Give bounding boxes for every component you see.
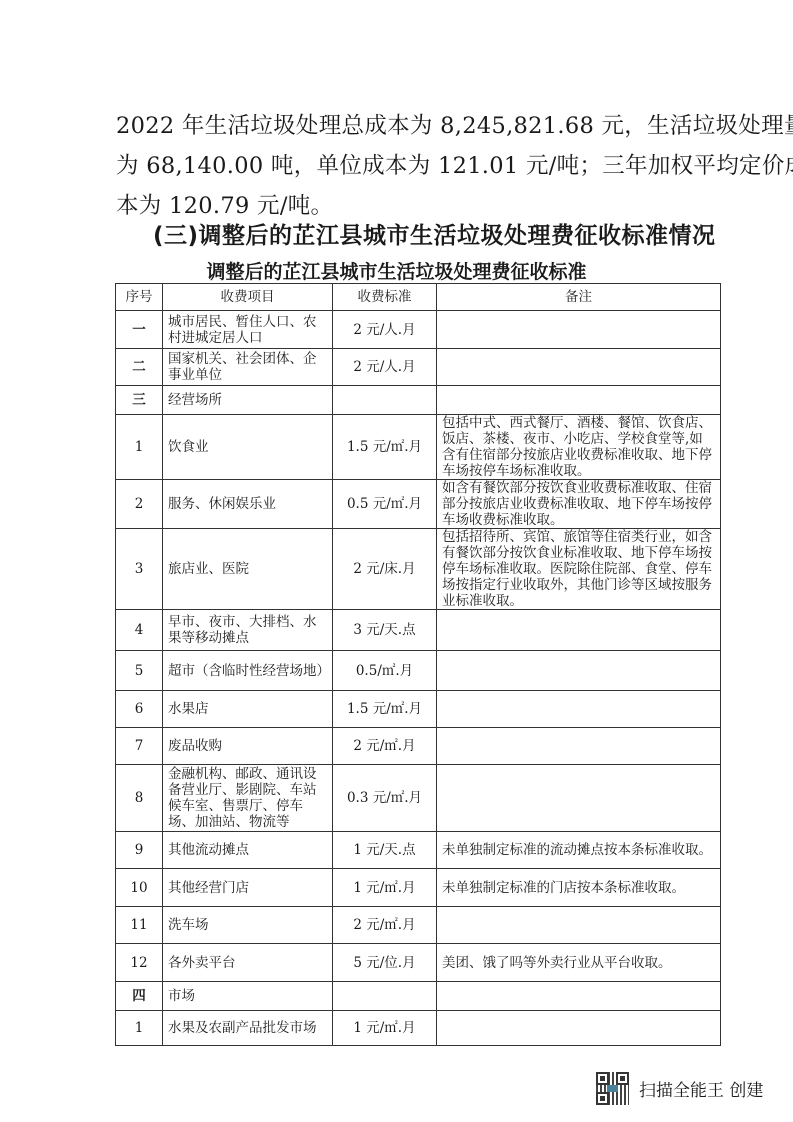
paragraph-line: 为 68,140.00 吨，单位成本为 121.01 元/吨；三年加权平均定价成 (116, 146, 726, 186)
table-row: 三经营场所 (116, 386, 721, 415)
row-number: 1 (116, 1011, 163, 1046)
fee-standard: 2 元/人.月 (333, 349, 437, 386)
header-item: 收费项目 (163, 284, 333, 311)
remark: 未单独制定标准的流动摊点按本条标准收取。 (437, 832, 721, 869)
remark: 包括中式、西式餐厅、酒楼、餐馆、饮食店、饭店、茶楼、夜市、小吃店、学校食堂等,如… (437, 415, 721, 480)
fee-standard: 1.5 元/㎡.月 (333, 415, 437, 480)
table-row: 12各外卖平台5 元/位.月美团、饿了吗等外卖行业从平台收取。 (116, 944, 721, 982)
paragraph-line: 2022 年生活垃圾处理总成本为 8,245,821.68 元，生活垃圾处理量 (116, 106, 726, 146)
fee-standard: 2 元/床.月 (333, 529, 437, 610)
row-number: 6 (116, 691, 163, 728)
remark (437, 1011, 721, 1046)
fee-standard: 2 元/人.月 (333, 311, 437, 349)
fee-standard: 2 元/㎡.月 (333, 907, 437, 944)
table-row: 四市场 (116, 982, 721, 1011)
table-row: 9其他流动摊点1 元/天.点未单独制定标准的流动摊点按本条标准收取。 (116, 832, 721, 869)
header-no: 序号 (116, 284, 163, 311)
row-number: 8 (116, 765, 163, 832)
fee-standard: 3 元/天.点 (333, 610, 437, 651)
row-number: 四 (116, 982, 163, 1011)
row-number: 2 (116, 480, 163, 529)
fee-standard (333, 386, 437, 415)
header-standard: 收费标准 (333, 284, 437, 311)
fee-standard: 5 元/位.月 (333, 944, 437, 982)
table-row: 11洗车场2 元/㎡.月 (116, 907, 721, 944)
section-heading: (三)调整后的芷江县城市生活垃圾处理费征收标准情况 (153, 217, 716, 250)
scanner-watermark: 扫描全能王 创建 (596, 1072, 763, 1105)
fee-item: 城市居民、暂住人口、农村进城定居人口 (163, 311, 333, 349)
fee-item: 超市（含临时性经营场地） (163, 651, 333, 691)
fee-item: 旅店业、医院 (163, 529, 333, 610)
fee-item: 国家机关、社会团体、企事业单位 (163, 349, 333, 386)
table-row: 4早市、夜市、大排档、水果等移动摊点3 元/天.点 (116, 610, 721, 651)
remark (437, 728, 721, 765)
fee-standard: 2 元/㎡.月 (333, 728, 437, 765)
remark (437, 610, 721, 651)
table-row: 10其他经营门店1 元/㎡.月未单独制定标准的门店按本条标准收取。 (116, 869, 721, 907)
row-number: 5 (116, 651, 163, 691)
fee-item: 金融机构、邮政、通讯设备营业厅、影剧院、车站候车室、售票厅、停车场、加油站、物流… (163, 765, 333, 832)
table-row: 6水果店1.5 元/㎡.月 (116, 691, 721, 728)
table-row: 1水果及农副产品批发市场1 元/㎡.月 (116, 1011, 721, 1046)
remark (437, 765, 721, 832)
body-paragraph: 2022 年生活垃圾处理总成本为 8,245,821.68 元，生活垃圾处理量 … (116, 106, 726, 226)
qr-code-icon (596, 1072, 629, 1105)
table-row: 二国家机关、社会团体、企事业单位2 元/人.月 (116, 349, 721, 386)
remark (437, 386, 721, 415)
table-row: 3旅店业、医院2 元/床.月包括招待所、宾馆、旅馆等住宿类行业，如含有餐饮部分按… (116, 529, 721, 610)
table-row: 7废品收购2 元/㎡.月 (116, 728, 721, 765)
table-header-row: 序号 收费项目 收费标准 备注 (116, 284, 721, 311)
table-row: 2服务、休闲娱乐业0.5 元/㎡.月如含有餐饮部分按饮食业收费标准收取、住宿部分… (116, 480, 721, 529)
table-row: 8金融机构、邮政、通讯设备营业厅、影剧院、车站候车室、售票厅、停车场、加油站、物… (116, 765, 721, 832)
remark (437, 982, 721, 1011)
remark (437, 349, 721, 386)
remark: 未单独制定标准的门店按本条标准收取。 (437, 869, 721, 907)
fee-standard-table: 序号 收费项目 收费标准 备注 一城市居民、暂住人口、农村进城定居人口2 元/人… (115, 283, 721, 1046)
remark (437, 651, 721, 691)
fee-standard: 1.5 元/㎡.月 (333, 691, 437, 728)
row-number: 三 (116, 386, 163, 415)
remark (437, 907, 721, 944)
remark: 包括招待所、宾馆、旅馆等住宿类行业，如含有餐饮部分按饮食业标准收取、地下停车场按… (437, 529, 721, 610)
table-title: 调整后的芷江县城市生活垃圾处理费征收标准 (0, 257, 793, 284)
row-number: 二 (116, 349, 163, 386)
fee-standard: 1 元/㎡.月 (333, 869, 437, 907)
fee-item: 洗车场 (163, 907, 333, 944)
fee-item: 水果及农副产品批发市场 (163, 1011, 333, 1046)
fee-standard: 0.5/㎡.月 (333, 651, 437, 691)
fee-item: 其他流动摊点 (163, 832, 333, 869)
fee-standard: 1 元/㎡.月 (333, 1011, 437, 1046)
fee-standard: 0.5 元/㎡.月 (333, 480, 437, 529)
remark (437, 311, 721, 349)
row-number: 4 (116, 610, 163, 651)
fee-item: 市场 (163, 982, 333, 1011)
remark: 如含有餐饮部分按饮食业收费标准收取、住宿部分按旅店业收费标准收取、地下停车场按停… (437, 480, 721, 529)
row-number: 12 (116, 944, 163, 982)
table-row: 1饮食业1.5 元/㎡.月包括中式、西式餐厅、酒楼、餐馆、饮食店、饭店、茶楼、夜… (116, 415, 721, 480)
fee-standard (333, 982, 437, 1011)
fee-item: 各外卖平台 (163, 944, 333, 982)
row-number: 一 (116, 311, 163, 349)
fee-item: 服务、休闲娱乐业 (163, 480, 333, 529)
row-number: 10 (116, 869, 163, 907)
fee-item: 其他经营门店 (163, 869, 333, 907)
remark (437, 691, 721, 728)
table-row: 一城市居民、暂住人口、农村进城定居人口2 元/人.月 (116, 311, 721, 349)
row-number: 3 (116, 529, 163, 610)
row-number: 1 (116, 415, 163, 480)
watermark-text: 扫描全能王 创建 (639, 1076, 763, 1101)
fee-item: 废品收购 (163, 728, 333, 765)
fee-standard: 1 元/天.点 (333, 832, 437, 869)
table-row: 5超市（含临时性经营场地）0.5/㎡.月 (116, 651, 721, 691)
fee-standard: 0.3 元/㎡.月 (333, 765, 437, 832)
fee-item: 经营场所 (163, 386, 333, 415)
fee-item: 水果店 (163, 691, 333, 728)
row-number: 11 (116, 907, 163, 944)
fee-item: 早市、夜市、大排档、水果等移动摊点 (163, 610, 333, 651)
remark: 美团、饿了吗等外卖行业从平台收取。 (437, 944, 721, 982)
header-note: 备注 (437, 284, 721, 311)
row-number: 7 (116, 728, 163, 765)
fee-item: 饮食业 (163, 415, 333, 480)
row-number: 9 (116, 832, 163, 869)
